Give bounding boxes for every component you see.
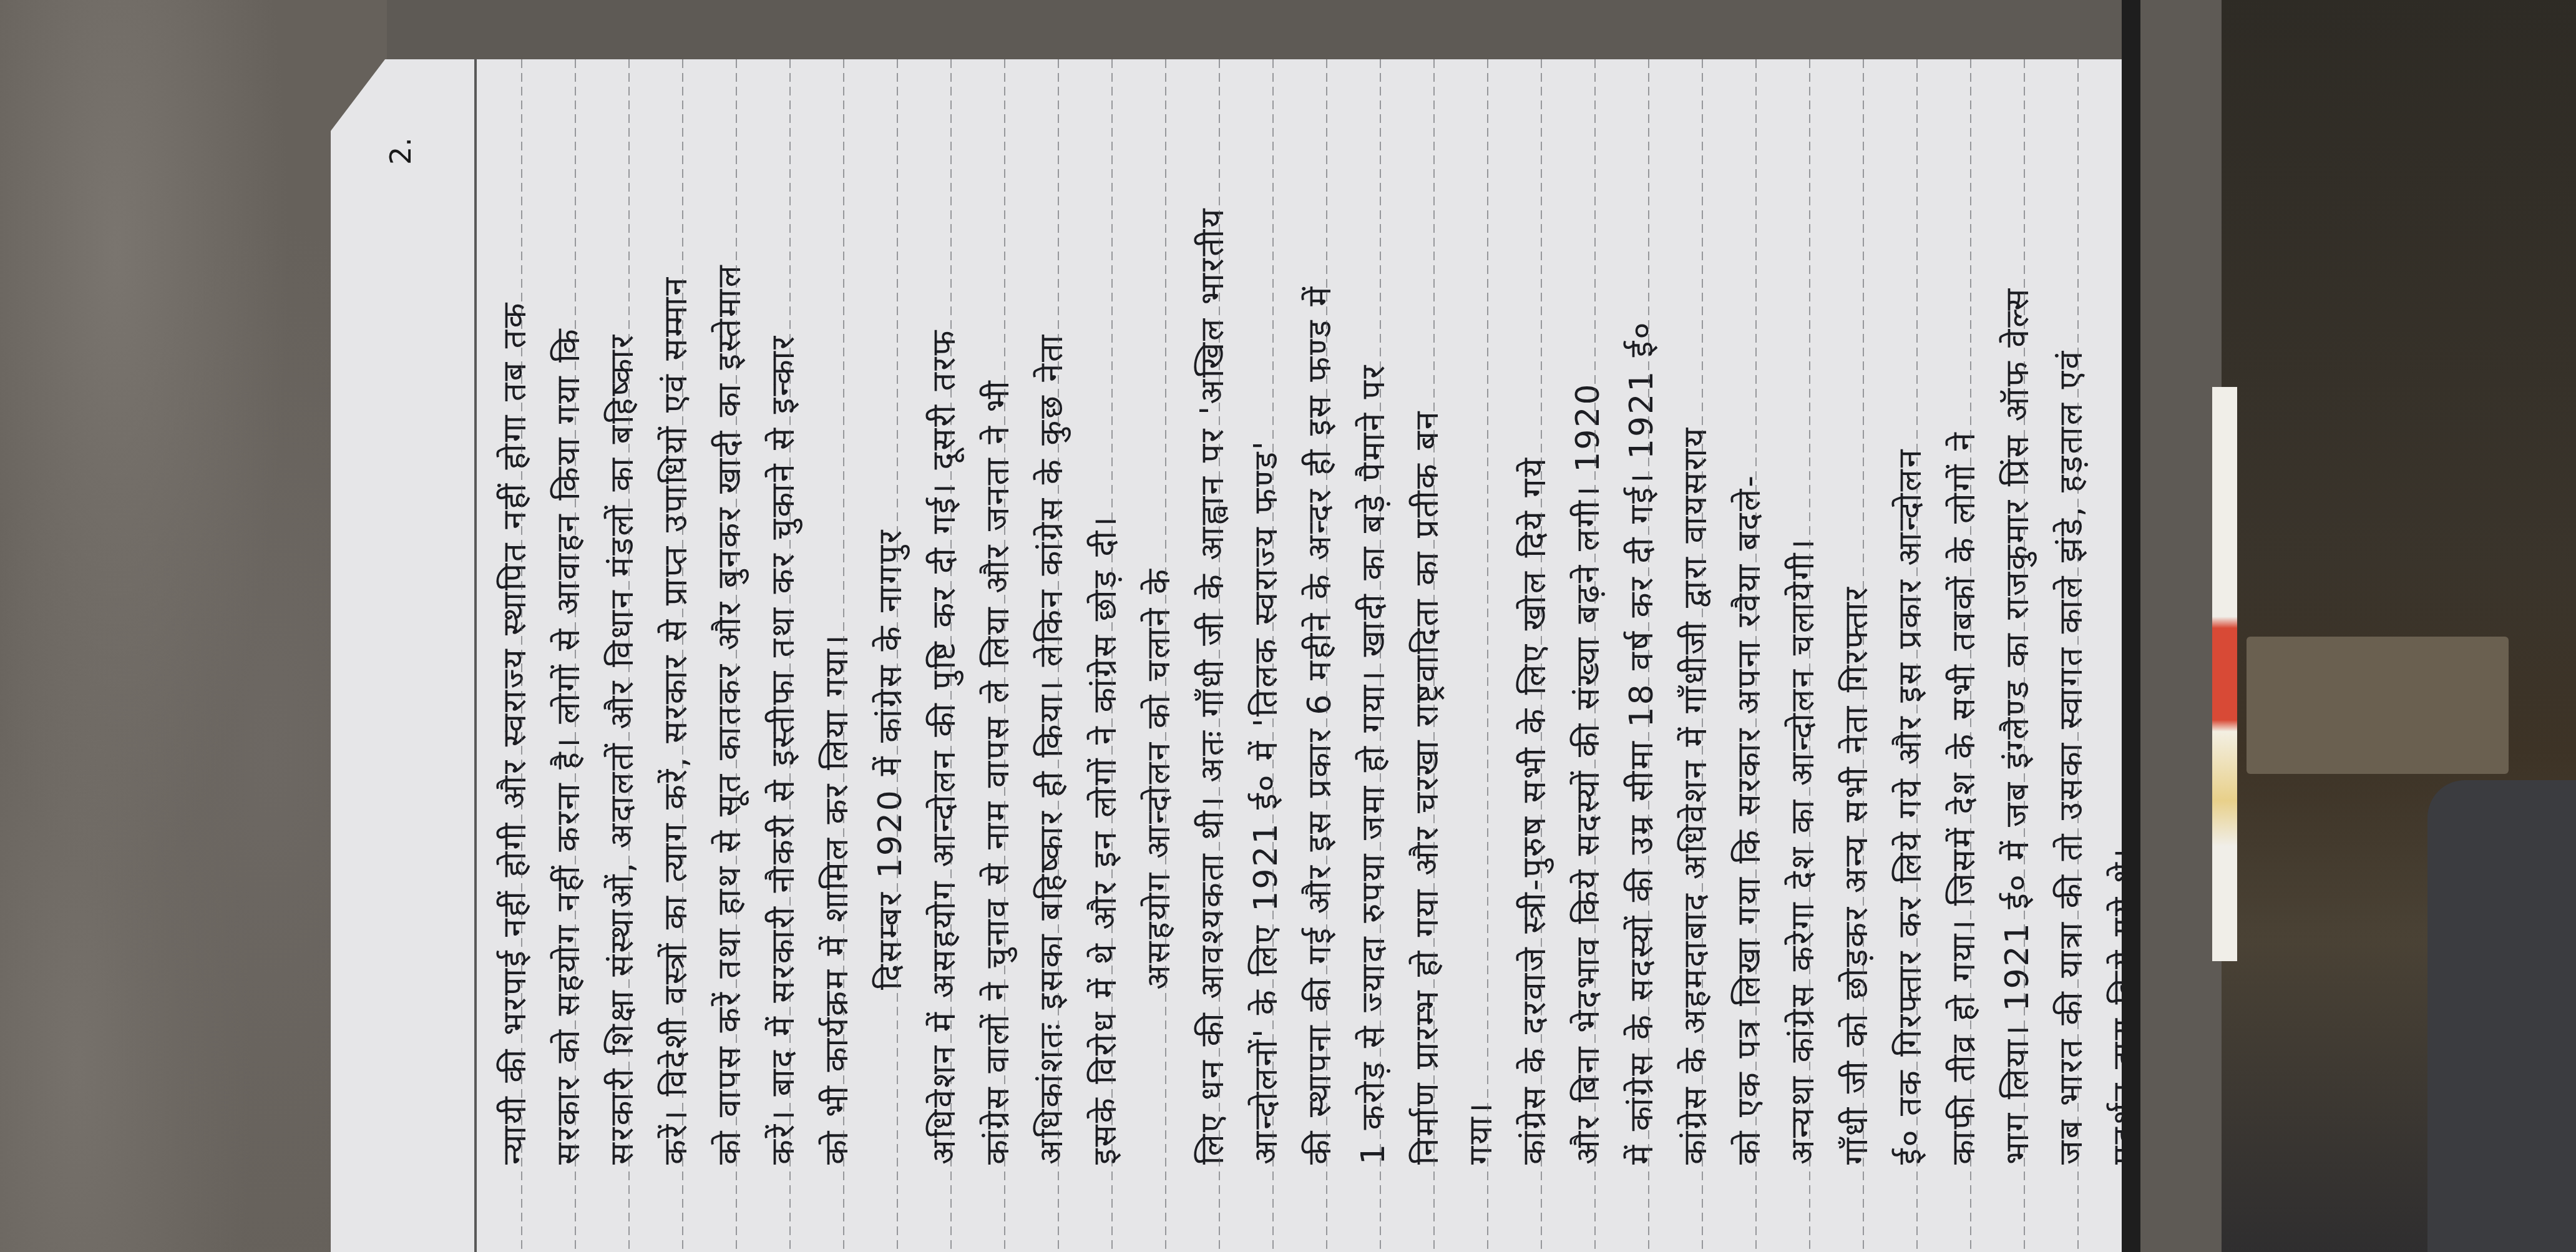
ruled-line: [1111, 59, 1113, 1252]
ruled-line: [843, 59, 844, 1252]
background-cloth: [2427, 780, 2576, 1252]
ruled-line: [682, 59, 683, 1252]
text-line: करें। बाद में सरकारी नौकरी से इस्तीफा तथ…: [764, 335, 802, 1165]
ruled-line: [1648, 59, 1649, 1252]
ruled-line: [521, 59, 522, 1252]
text-line: इसके विरोध में थे और इन लोगों ने कांग्रे…: [1086, 515, 1124, 1165]
ruled-line: [1165, 59, 1166, 1252]
ruled-line: [1380, 59, 1381, 1252]
page-number: 2.: [384, 137, 417, 165]
notebook-page: 2. न्यायी की भरपाई नहीं होगी और स्वराज्य…: [331, 59, 2140, 1252]
ruled-line: [1809, 59, 1810, 1252]
ruled-line: [789, 59, 791, 1252]
text-line: गाँधी जी को छोड़कर अन्य सभी नेता गिरफ्ता…: [1838, 585, 1875, 1165]
ruled-line: [950, 59, 952, 1252]
text-line: को वापस करें तथा हाथ से सूत कातकर और बुन…: [711, 263, 748, 1165]
ruled-line: [1702, 59, 1703, 1252]
text-line: काफी तीव्र हो गया। जिसमें देश के सभी तबक…: [1945, 431, 1983, 1165]
ruled-line: [2077, 59, 2079, 1252]
background-object: [2247, 637, 2509, 774]
text-line: लिए धन की आवश्यकता थी। अतः गाँधी जी के आ…: [1194, 207, 1231, 1165]
ruled-line: [1916, 59, 1918, 1252]
page-top-rule: [474, 59, 477, 1252]
text-line: अधिवेशन में असहयोग आन्दोलन की पुष्टि कर …: [925, 328, 963, 1165]
text-line: कांग्रेस के दरवाजे स्त्री-पुरुष सभी के ल…: [1516, 456, 1553, 1165]
text-line: दिसम्बर 1920 में कांग्रेस के नागपुर: [872, 529, 909, 990]
handwritten-text: न्यायी की भरपाई नहीं होगी और स्वराज्य स्…: [477, 59, 2112, 1252]
text-line: कांग्रेस वालों ने चुनाव से नाम वापस ले ल…: [979, 379, 1017, 1165]
ruled-line: [736, 59, 737, 1252]
ruled-line: [1326, 59, 1327, 1252]
ruled-line: [1755, 59, 1757, 1252]
ruled-line: [1004, 59, 1005, 1252]
ruled-line: [628, 59, 630, 1252]
text-line: असहयोग आन्दोलन को चलाने के: [1140, 567, 1178, 990]
text-line: ई० तक गिरफ्तार कर लिये गये और इस प्रकार …: [1891, 447, 1929, 1165]
text-line: अधिकांशतः इसका बहिष्कार ही किया। लेकिन क…: [1033, 333, 1070, 1165]
ruled-line: [1863, 59, 1864, 1252]
ruled-line: [2024, 59, 2025, 1252]
text-line: अन्यथा कांग्रेस करेगा देश का आन्दोलन चला…: [1784, 537, 1822, 1165]
book-spine-edge: [2212, 387, 2237, 961]
ruled-line: [575, 59, 576, 1252]
text-line: सरकार को सहयोग नहीं करना है। लोगों से आव…: [550, 327, 587, 1165]
granite-surface: [0, 0, 387, 1252]
text-line: करें। विदेशी वस्त्रों का त्याग करें, सरक…: [657, 276, 695, 1165]
ruled-line: [1487, 59, 1488, 1252]
ruled-line: [1058, 59, 1059, 1252]
text-line: 1 करोड़ से ज्यादा रुपया जमा हो गया। खादी…: [1355, 364, 1392, 1165]
dark-background: [2222, 0, 2576, 1252]
ruled-line: [1594, 59, 1596, 1252]
text-line: में कांग्रेस के सदस्यों की उम्र सीमा 18 …: [1623, 321, 1661, 1165]
text-line: को एक पत्र लिखा गया कि सरकार अपना रवैया …: [1730, 474, 1768, 1165]
ruled-line: [1541, 59, 1542, 1252]
ruled-line: [1970, 59, 1971, 1252]
text-line: जब भारत की यात्रा की तो उसका स्वागत काले…: [2052, 350, 2090, 1165]
ruled-line: [1219, 59, 1220, 1252]
ruled-line: [1433, 59, 1435, 1252]
ruled-line: [1272, 59, 1274, 1252]
ruled-line: [897, 59, 898, 1252]
text-line: गया।: [1462, 1101, 1500, 1165]
text-line: को भी कार्यक्रम में शामिल कर लिया गया।: [818, 633, 856, 1165]
text-line: कांग्रेस के अहमदाबाद अधिवेशन में गाँधीजी…: [1677, 426, 1714, 1165]
text-line: की स्थापना की गई और इस प्रकार 6 महीने के…: [1301, 285, 1339, 1165]
text-line: निर्माण प्रारम्भ हो गया और चरखा राष्ट्रव…: [1408, 409, 1446, 1165]
text-line: सरकारी शिक्षा संस्थाओं, अदालतों और विधान…: [603, 333, 641, 1165]
notebook-binding: [2122, 0, 2140, 1252]
text-line: भाग लिया। 1921 ई० में जब इंग्लैण्ड का रा…: [1999, 286, 2036, 1165]
text-line: न्यायी की भरपाई नहीं होगी और स्वराज्य स्…: [496, 301, 534, 1165]
text-line: आन्दोलनों' के लिए 1921 ई० में 'तिलक स्वर…: [1247, 439, 1285, 1165]
text-line: और बिना भेदभाव किये सदस्यों की संख्या बढ…: [1569, 383, 1607, 1165]
